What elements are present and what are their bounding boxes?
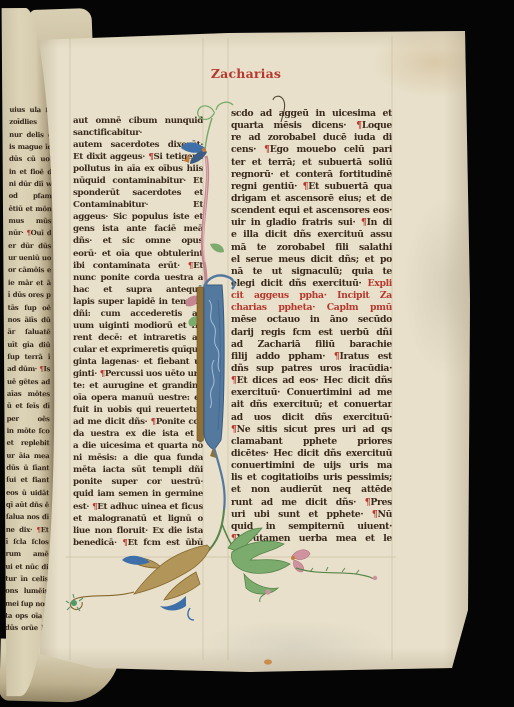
body-text: Et: [193, 261, 203, 271]
body-text: nos āiīs dū: [8, 315, 51, 324]
manuscript-line: aīas mōtes: [7, 388, 50, 401]
body-text: fuit in uobis qui reuertetur: [73, 405, 203, 415]
body-text: ter et terrā; et subuertā soliū: [231, 157, 392, 168]
body-text: per oēs dies: [7, 413, 50, 425]
manuscript-line: ī ſcla ſclos: [6, 536, 49, 549]
manuscript-line: et malogranatū et lignū o: [73, 513, 203, 525]
body-text: uīt gīa diū: [7, 339, 50, 348]
body-text: exercituū· Conuertimini ad me: [231, 387, 392, 398]
manuscript-line: ſalua nos dī: [6, 511, 49, 524]
body-text: mei ſup nos: [5, 599, 48, 608]
body-text: quid iam semen in germine: [73, 489, 203, 499]
body-text: ni dūr diī w: [9, 179, 52, 188]
body-text: te: et aurugine et grandine: [73, 381, 203, 391]
body-text: nunc ponite corda uestra a die: [73, 273, 203, 284]
manuscript-line: darij regis fcm est uerbū dñi: [231, 327, 392, 339]
manuscript-line: ibi contaminata erūt· ¶Et: [73, 260, 203, 272]
manuscript-line: ī dūs ores p: [8, 289, 51, 302]
manuscript-line: nā te ut signaculū; quia te: [231, 266, 392, 278]
manuscript-line: exercituū· Conuertimini ad me: [231, 387, 392, 399]
body-text: mus mūs arī: [8, 216, 51, 228]
manuscript-line: ad dūm· ¶Is: [7, 363, 50, 376]
manuscript-line: ſup terrā ī: [7, 351, 50, 364]
manuscript-line: uius ula ſe: [9, 104, 52, 117]
manuscript-line: ¶Et dices ad eos· Hec dicit dñs: [231, 375, 392, 387]
body-text: Loque: [362, 120, 392, 131]
body-text: conuertimini de uijs uris ma: [231, 460, 392, 471]
manuscript-line: ētiū et mōn: [8, 203, 51, 216]
body-text: Verūtamen uerba mea et le: [237, 533, 392, 544]
body-text: rent decē: et intraretis ad tor: [73, 333, 203, 344]
body-text: dicētes· Hec dicit dñs exercituū: [231, 448, 392, 459]
body-text: ad me dicit dñs·: [73, 417, 151, 427]
body-text: dñi: cum accederetis ad acer: [73, 309, 203, 320]
manuscript-line: filij addo ppham· ¶Iratus est: [231, 351, 392, 363]
manuscript-line: od pſam ulē: [9, 190, 52, 203]
manuscript-line: rum amē dō: [5, 548, 48, 561]
body-text: Pres: [370, 497, 392, 508]
manuscript-line: uē gētes ad: [7, 375, 50, 388]
manuscript-line: e illa dicit dñs exercituū assu: [231, 229, 392, 241]
manuscript-line: ter et terrā; et subuertā soliū: [231, 157, 392, 169]
manuscript-line: dūs orūe lō: [5, 622, 48, 635]
body-text: Ponite cor: [156, 417, 203, 427]
body-text: scdo ad aggeū in uicesima et: [231, 108, 392, 119]
manuscript-line: ne dix· ¶Et: [6, 523, 49, 536]
body-text: ui et nūc di: [5, 562, 48, 571]
body-text: lis et cogitatioibs uris pessimis;: [231, 472, 392, 483]
manuscript-line: ginti· ¶Percussi uos uēto ure: [73, 368, 203, 380]
body-text: ponite super cor uestrū·: [73, 477, 203, 487]
body-text: benedicā·: [73, 538, 122, 548]
body-text: elegi dicit dñs exercituū·: [231, 278, 368, 289]
running-header: Zacharias: [200, 66, 292, 81]
manuscript-line: regni gentiū· ¶Et subuertā qua: [231, 181, 392, 193]
body-text: Et subuertā qua: [308, 181, 392, 192]
manuscript-line: eos ū uidāt: [6, 486, 49, 499]
body-text: qī aūt dñs ē: [6, 500, 49, 509]
manuscript-line: conuertimini de uijs uris ma: [231, 460, 392, 472]
body-text: lapis super lapidē in templo: [73, 297, 203, 307]
body-text: quid in sempiternū uiuent·: [231, 521, 392, 532]
manuscript-line: cit aggeus ppha· Incipit Za: [231, 290, 392, 302]
manuscript-line: regnorū· et conterā fortitudinē: [231, 169, 392, 181]
manuscript-line: in et fioē d: [9, 166, 52, 179]
manuscript-line: per oēs dies: [7, 412, 50, 425]
body-text: aggeus· Sic populus iste et sic: [73, 212, 203, 223]
manuscript-line: ni dūr diī w: [9, 178, 52, 191]
manuscript-line: et replebit: [6, 437, 49, 450]
body-text: et replebit: [6, 438, 49, 447]
manuscript-line: mei ſup nos: [5, 598, 48, 611]
manuscript-line: fuit in uobis qui reuertetur: [73, 404, 203, 416]
body-text: zoīdlies o: [9, 117, 52, 126]
body-text: dūs orūe lō: [5, 623, 48, 632]
manuscript-line: benedicā· ¶Et fcm est ūbū dñi: [73, 537, 203, 549]
manuscript-line: lapis super lapidē in templo: [73, 296, 203, 308]
body-text: ni mēsis: a die qua funda: [73, 453, 203, 463]
manuscript-line: dñs· et sic omne opus manuū: [73, 235, 203, 247]
manuscript-line: mēse octauo in āno secūdo: [231, 314, 392, 326]
body-text: da uestra ex die ista et ī futurū: [73, 429, 203, 440]
rubric-text: Expli: [368, 278, 392, 289]
body-text: dūs cū uoī: [9, 154, 52, 163]
manuscript-line: tās ſup oē: [8, 301, 51, 314]
body-text: nur delis e: [9, 130, 52, 139]
body-text: aīas mōtes: [7, 389, 50, 398]
manuscript-line: ū et ſeīs dī: [7, 400, 50, 413]
body-text: oīa opera manuū uestre: et nō: [73, 393, 203, 404]
body-text: nā te ut signaculū; quia te: [231, 266, 392, 277]
manuscript-line: tur īn celis: [5, 573, 48, 586]
manuscript-line: aggeus· Sic populus iste et sic: [73, 211, 203, 223]
manuscript-line: ur āia mea: [6, 449, 49, 462]
manuscript-line: nūquid contaminabitur· Et re: [73, 175, 203, 187]
manuscript-line: Contaminabitur· Et respondit: [73, 199, 203, 211]
body-text: mēta iacta sūt templi dñi: [73, 465, 203, 475]
body-text: uri ubi sunt et pphete·: [231, 509, 372, 520]
body-text: runt ad me dicit dñs·: [231, 497, 365, 508]
manuscript-line: or cāmōis e: [8, 264, 51, 277]
body-text: Et adhuc uinea et ficus: [97, 502, 203, 512]
manuscript-line: liue non floruit· Ex die ista: [73, 525, 203, 537]
body-text: ad dūm·: [7, 364, 39, 373]
body-text: ne dix·: [6, 524, 37, 533]
body-text: er dūr dūs o: [8, 241, 51, 253]
manuscript-line: cular et exprimeretis quīqua: [73, 344, 203, 356]
manuscript-line: clamabant pphete priores: [231, 436, 392, 448]
manuscript-line: scdo ad aggeū in uicesima et: [231, 108, 392, 120]
manuscript-line: ait dñs exercituū; et conuertar: [231, 399, 392, 411]
body-text: et malogranatū et lignū o: [73, 514, 203, 524]
manuscript-line: uum uiginti modiorū et fie: [73, 320, 203, 332]
manuscript-line: ginta lagenas· et fiebant ui: [73, 356, 203, 368]
body-text: nūr·: [8, 228, 26, 237]
body-text: el serue meus dicit dñs; et po: [231, 254, 392, 265]
body-text: re ad zorobabel ducē iuda di: [231, 132, 392, 143]
manuscript-line: ons lumēis: [5, 585, 48, 598]
body-text: Et: [41, 525, 49, 534]
body-text: mā te zorobabel fili salathi: [231, 242, 392, 253]
body-text: ī dūs ores p: [8, 290, 51, 299]
body-text: autem sacerdotes dixerūt·: [73, 140, 203, 150]
manuscript-line: qī aūt dñs ē: [6, 499, 49, 512]
manuscript-line: a die uicesima et quarta nō: [73, 440, 203, 452]
manuscript-line: Et dixit aggeus· ¶Si tetigerit: [73, 151, 203, 163]
body-text: eos ū uidāt: [6, 487, 49, 496]
manuscript-line: dūs cū uoī: [9, 153, 52, 166]
body-text: est·: [73, 502, 92, 512]
body-text: Is: [43, 364, 50, 373]
body-text: sponderūt sacerdotes et dixerūt: [73, 188, 203, 199]
manuscript-line: sponderūt sacerdotes et dixerūt: [73, 187, 203, 199]
manuscript-line: pollutus in aīa ex oībus hiis: [73, 163, 203, 175]
manuscript-line: ſui et fiant: [6, 474, 49, 487]
manuscript-line: ār ſaluatē: [7, 326, 50, 339]
body-text: drigam et ascensorē eius; et de: [231, 193, 392, 204]
manuscript-line: ad me dicit dñs· ¶Ponite cor: [73, 416, 203, 428]
manuscript-line: oīa opera manuū uestre: et nō: [73, 392, 203, 404]
body-text: a die uicesima et quarta nō: [73, 441, 203, 451]
body-text: ētiū et mōn: [8, 204, 51, 213]
body-text: cular et exprimeretis quīqua: [73, 345, 203, 355]
manuscript-line: dicētes· Hec dicit dñs exercituū: [231, 448, 392, 460]
manuscript-line: est· ¶Et adhuc uinea et ficus: [73, 501, 203, 513]
body-text: nūquid contaminabitur· Et re: [73, 176, 203, 187]
body-text: cens·: [231, 144, 264, 155]
manuscript-photo: uius ula ſezoīdlies onur delis eis mague…: [0, 0, 514, 707]
manuscript-line: ponite super cor uestrū· ¶Nū: [73, 476, 203, 488]
body-text: aut omnē cibum nunquid: [73, 116, 203, 126]
previous-page-text: uius ula ſezoīdlies onur delis eis mague…: [5, 104, 53, 635]
manuscript-line: lis et cogitatioibs uris pessimis;: [231, 472, 392, 484]
body-text: mēse octauo in āno secūdo: [231, 314, 392, 325]
body-text: sanctificabitur· Respondentes: [73, 128, 142, 139]
body-text: dūs ū ſīant: [6, 463, 49, 472]
manuscript-line: mā te zorobabel fili salathi: [231, 242, 392, 254]
body-text: ons lumēis: [5, 586, 48, 595]
body-text: In di: [367, 217, 392, 228]
body-text: ginti·: [73, 369, 100, 379]
body-text: ū et ſeīs dī: [7, 401, 50, 410]
manuscript-line: ni mēsis: a die qua funda: [73, 452, 203, 464]
body-text: regni gentiū·: [231, 181, 303, 192]
manuscript-line: sanctificabitur· Respondentes: [73, 127, 203, 139]
body-text: od pſam ulē: [9, 191, 52, 203]
manuscript-line: uri ubi sunt et pphete· ¶Nū: [231, 509, 392, 521]
body-text: hac et supra antequā ponetur: [73, 285, 203, 296]
manuscript-line: quarta mēsis dicens· ¶Loque: [231, 120, 392, 132]
body-text: e illa dicit dñs exercituū assu: [231, 229, 392, 240]
manuscript-line: charias ppheta· Caplm pmū: [231, 302, 392, 314]
manuscript-line: in mōte ſco: [7, 425, 50, 438]
body-text: rum amē dō: [5, 549, 48, 561]
manuscript-line: quid iam semen in germine: [73, 488, 203, 500]
body-text: ſui et fiant: [6, 475, 49, 484]
body-text: uir in gladio fratris sui·: [231, 217, 361, 228]
body-text: Iratus est: [339, 351, 392, 362]
manuscript-line: aut omnē cibum nunquid: [73, 115, 203, 127]
body-text: pollutus in aīa ex oībus hiis: [73, 164, 203, 174]
body-text: ibi contaminata erūt·: [73, 261, 188, 271]
body-text: ie mār et ā: [8, 278, 51, 287]
body-text: Et dices ad eos· Hec dicit dñs: [237, 375, 392, 386]
body-text: in mōte ſco: [7, 426, 50, 435]
body-text: in et fioē d: [9, 167, 52, 176]
body-text: clamabant pphete priores: [231, 436, 392, 447]
manuscript-line: ¶Verūtamen uerba mea et le: [231, 533, 392, 545]
manuscript-line: dñi: cum accederetis ad acer: [73, 308, 203, 320]
body-text: ur ueniū uo: [8, 253, 51, 262]
body-text: ī ſcla ſclos: [6, 537, 49, 546]
body-text: ur āia mea: [6, 450, 49, 459]
body-text: or cāmōis e: [8, 265, 51, 274]
body-text: Ouī d: [31, 228, 52, 237]
body-text: regnorū· et conterā fortitudinē: [231, 169, 392, 180]
body-text: ad uos dicit dñs exercituū·: [231, 412, 392, 423]
manuscript-line: uīt gīa diū: [7, 338, 50, 351]
rubric-text: cit aggeus ppha· Incipit Za: [231, 290, 392, 301]
body-text: ait dñs exercituū; et conuertar: [231, 399, 392, 410]
manuscript-line: ur ueniū uo: [8, 252, 51, 265]
manuscript-line: dūs ū ſīant: [6, 462, 49, 475]
manuscript-line: runt ad me dicit dñs· ¶Pres: [231, 497, 392, 509]
body-text: is mague īd: [9, 142, 52, 151]
body-text: ār ſaluatē: [7, 327, 50, 336]
manuscript-line: et non audierūt neq attēde: [231, 484, 392, 496]
manuscript-line: ie mār et ā: [8, 277, 51, 290]
left-text-column: aut omnē cibum nunquidsanctificabitur· R…: [73, 115, 203, 549]
manuscript-line: ad uos dicit dñs exercituū·: [231, 412, 392, 424]
body-text: ſup terrā ī: [7, 352, 50, 361]
manuscript-line: re ad zorobabel ducē iuda di: [231, 132, 392, 144]
manuscript-line: mus mūs arī: [8, 215, 51, 228]
manuscript-line: scendent equi et ascensores eos·: [231, 205, 392, 217]
manuscript-line: ¶Ne sitis sicut pres uri ad qs: [231, 424, 392, 436]
manuscript-line: mēta iacta sūt templi dñi: [73, 464, 203, 476]
manuscript-line: dñs sup patres uros iracūdia·: [231, 363, 392, 375]
body-text: Percussi uos uēto ure: [105, 369, 203, 379]
manuscript-line: nur delis e: [9, 129, 52, 142]
body-text: liue non floruit· Ex die ista: [73, 526, 203, 536]
body-text: eorū· et oīa que obtulerint: [73, 249, 203, 259]
manuscript-line: te: et aurugine et grandine: [73, 380, 203, 392]
body-text: quarta mēsis dicens·: [231, 120, 356, 131]
body-text: scendent equi et ascensores eos·: [231, 205, 392, 216]
manuscript-line: nos āiīs dū: [7, 314, 50, 327]
body-text: tur īn celis: [5, 574, 48, 583]
manuscript-line: el serue meus dicit dñs; et po: [231, 254, 392, 266]
body-text: dñs· et sic omne opus manuū: [73, 236, 203, 247]
body-text: ad Zachariā filiū barachie: [231, 339, 392, 350]
body-text: ſalua nos dī: [6, 512, 49, 521]
body-text: Et dixit aggeus·: [73, 152, 148, 162]
manuscript-line: er dūr dūs o: [8, 240, 51, 253]
body-text: uē gētes ad: [7, 376, 50, 385]
manuscript-line: eorū· et oīa que obtulerint: [73, 248, 203, 260]
right-text-column: scdo ad aggeū in uicesima etquarta mēsis…: [231, 108, 392, 545]
body-text: Contaminabitur· Et respondit: [73, 200, 203, 211]
body-text: Ne sitis sicut pres uri ad qs: [237, 424, 392, 435]
manuscript-line: drigam et ascensorē eius; et de: [231, 193, 392, 205]
body-text: uum uiginti modiorū et fie: [73, 321, 203, 331]
body-text: darij regis fcm est uerbū dñi: [231, 327, 392, 338]
manuscript-line: ad Zachariā filiū barachie: [231, 339, 392, 351]
manuscript-line: gens ista ante faciē meā dicit: [73, 223, 203, 235]
manuscript-line: is mague īd: [9, 141, 52, 154]
manuscript-line: da uestra ex die ista et ī futurū: [73, 428, 203, 440]
body-text: et non audierūt neq attēde: [231, 484, 392, 495]
body-text: ta ops oīa f: [5, 611, 48, 620]
manuscript-line: nūr· ¶Ouī d: [8, 227, 51, 240]
rubric-text: charias ppheta· Caplm pmū: [231, 302, 392, 313]
body-text: ginta lagenas· et fiebant ui: [73, 357, 203, 367]
manuscript-line: ui et nūc di: [5, 561, 48, 574]
body-text: Nū: [377, 509, 392, 520]
body-text: uius ula ſe: [9, 105, 52, 114]
manuscript-line: ta ops oīa f: [5, 610, 48, 623]
manuscript-line: autem sacerdotes dixerūt· ¶Nō: [73, 139, 203, 151]
body-text: filij addo ppham·: [231, 351, 334, 362]
body-text: tās ſup oē: [8, 302, 51, 311]
manuscript-line: quid in sempiternū uiuent·: [231, 521, 392, 533]
manuscript-line: zoīdlies o: [9, 116, 52, 129]
body-text: dñs sup patres uros iracūdia·: [231, 363, 392, 374]
manuscript-line: nunc ponite corda uestra a die: [73, 272, 203, 284]
manuscript-line: rent decē: et intraretis ad tor: [73, 332, 203, 344]
manuscript-line: cens· ¶Ego mouebo celū pari: [231, 144, 392, 156]
body-text: Ego mouebo celū pari: [270, 144, 392, 155]
manuscript-line: elegi dicit dñs exercituū· Expli: [231, 278, 392, 290]
manuscript-line: hac et supra antequā ponetur: [73, 284, 203, 296]
manuscript-line: uir in gladio fratris sui· ¶In di: [231, 217, 392, 229]
body-text: gens ista ante faciē meā dicit: [73, 224, 203, 235]
body-text: Si tetigerit: [154, 152, 203, 162]
